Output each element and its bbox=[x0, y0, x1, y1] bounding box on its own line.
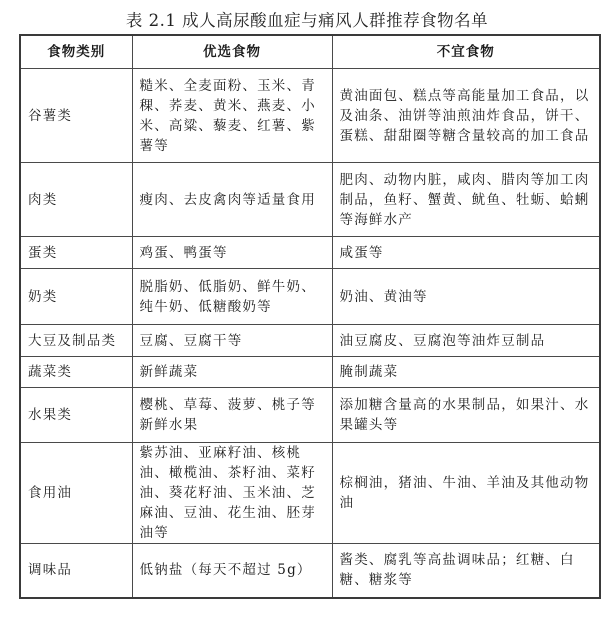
preferred-cell: 紫苏油、亚麻籽油、核桃油、橄榄油、茶籽油、菜籽油、葵花籽油、玉米油、芝麻油、豆油… bbox=[132, 443, 332, 544]
table-row: 蛋类 鸡蛋、鸭蛋等 咸蛋等 bbox=[20, 237, 600, 269]
avoid-cell: 腌制蔬菜 bbox=[332, 357, 600, 388]
header-avoid: 不宜食物 bbox=[332, 35, 600, 69]
category-cell: 水果类 bbox=[20, 388, 132, 443]
table-row: 蔬菜类 新鲜蔬菜 腌制蔬菜 bbox=[20, 357, 600, 388]
table-header-row: 食物类别 优选食物 不宜食物 bbox=[20, 35, 600, 69]
avoid-cell: 奶油、黄油等 bbox=[332, 269, 600, 325]
category-cell: 蛋类 bbox=[20, 237, 132, 269]
header-preferred: 优选食物 bbox=[132, 35, 332, 69]
table-row: 大豆及制品类 豆腐、豆腐干等 油豆腐皮、豆腐泡等油炸豆制品 bbox=[20, 325, 600, 357]
table-row: 肉类 瘦肉、去皮禽肉等适量食用 肥肉、动物内脏，咸肉、腊肉等加工肉制品，鱼籽、蟹… bbox=[20, 163, 600, 237]
avoid-cell: 咸蛋等 bbox=[332, 237, 600, 269]
preferred-cell: 新鲜蔬菜 bbox=[132, 357, 332, 388]
table-row: 奶类 脱脂奶、低脂奶、鲜牛奶、纯牛奶、低糖酸奶等 奶油、黄油等 bbox=[20, 269, 600, 325]
avoid-cell: 添加糖含量高的水果制品，如果汁、水果罐头等 bbox=[332, 388, 600, 443]
preferred-cell: 樱桃、草莓、菠萝、桃子等新鲜水果 bbox=[132, 388, 332, 443]
table-row: 调味品 低钠盐（每天不超过 5g） 酱类、腐乳等高盐调味品；红糖、白糖、糖浆等 bbox=[20, 544, 600, 598]
avoid-cell: 酱类、腐乳等高盐调味品；红糖、白糖、糖浆等 bbox=[332, 544, 600, 598]
preferred-cell: 豆腐、豆腐干等 bbox=[132, 325, 332, 357]
header-category: 食物类别 bbox=[20, 35, 132, 69]
table-row: 食用油 紫苏油、亚麻籽油、核桃油、橄榄油、茶籽油、菜籽油、葵花籽油、玉米油、芝麻… bbox=[20, 443, 600, 544]
avoid-cell: 棕榈油，猪油、牛油、羊油及其他动物油 bbox=[332, 443, 600, 544]
category-cell: 调味品 bbox=[20, 544, 132, 598]
avoid-cell: 肥肉、动物内脏，咸肉、腊肉等加工肉制品，鱼籽、蟹黄、鱿鱼、牡蛎、蛤蜊等海鲜水产 bbox=[332, 163, 600, 237]
food-recommendation-table: 食物类别 优选食物 不宜食物 谷薯类 糙米、全麦面粉、玉米、青稞、荞麦、黄米、燕… bbox=[19, 34, 601, 599]
table-caption: 表 2.1 成人高尿酸血症与痛风人群推荐食物名单 bbox=[0, 7, 614, 31]
preferred-cell: 脱脂奶、低脂奶、鲜牛奶、纯牛奶、低糖酸奶等 bbox=[132, 269, 332, 325]
category-cell: 食用油 bbox=[20, 443, 132, 544]
avoid-cell: 油豆腐皮、豆腐泡等油炸豆制品 bbox=[332, 325, 600, 357]
preferred-cell: 低钠盐（每天不超过 5g） bbox=[132, 544, 332, 598]
category-cell: 奶类 bbox=[20, 269, 132, 325]
category-cell: 蔬菜类 bbox=[20, 357, 132, 388]
preferred-cell: 鸡蛋、鸭蛋等 bbox=[132, 237, 332, 269]
table-row: 谷薯类 糙米、全麦面粉、玉米、青稞、荞麦、黄米、燕麦、小米、高粱、藜麦、红薯、紫… bbox=[20, 69, 600, 163]
category-cell: 肉类 bbox=[20, 163, 132, 237]
category-cell: 谷薯类 bbox=[20, 69, 132, 163]
table-row: 水果类 樱桃、草莓、菠萝、桃子等新鲜水果 添加糖含量高的水果制品，如果汁、水果罐… bbox=[20, 388, 600, 443]
preferred-cell: 瘦肉、去皮禽肉等适量食用 bbox=[132, 163, 332, 237]
preferred-cell: 糙米、全麦面粉、玉米、青稞、荞麦、黄米、燕麦、小米、高粱、藜麦、红薯、紫薯等 bbox=[132, 69, 332, 163]
avoid-cell: 黄油面包、糕点等高能量加工食品，以及油条、油饼等油煎油炸食品，饼干、蛋糕、甜甜圈… bbox=[332, 69, 600, 163]
category-cell: 大豆及制品类 bbox=[20, 325, 132, 357]
